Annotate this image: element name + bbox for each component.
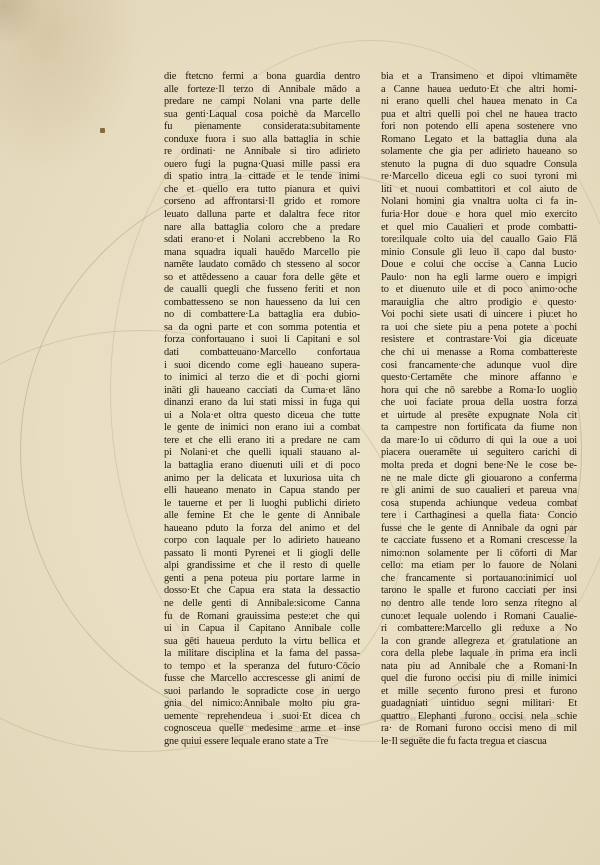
text-line: le tauerne et per li luoghi publichi dir… <box>164 498 360 511</box>
text-line: ināti gli haueano cacciati da Cuma·et lā… <box>164 385 360 398</box>
text-line: resistere et contrastare·Voi gia diceuat… <box>381 334 577 347</box>
text-line: ra uoi che siete piu a pena potete a poc… <box>381 322 577 335</box>
text-line: cosa stupenda achiunque vedeua combat <box>381 498 577 511</box>
text-line: i suoi dicendo come egli haueano supera- <box>164 360 360 373</box>
text-line: pi Nolani·et che quelli iquali stauano a… <box>164 447 360 460</box>
text-line: piacera oueramēte ui seguitero carichi d… <box>381 447 577 460</box>
text-line: ne ne male dicte gli giouarono a conferm… <box>381 473 577 486</box>
text-line: ra· de Romani furono occisi meno di mil <box>381 723 577 736</box>
text-line: re ordinati· ne Annibale si tiro adiriet… <box>164 146 360 159</box>
text-line: guadagniati uintiduo segni militari· Et <box>381 698 577 711</box>
text-line: re·Marcello diceua egli co suoi tyroni m… <box>381 171 577 184</box>
text-line: sa da ogni parte et con somma potentia e… <box>164 322 360 335</box>
text-line: tere i Carthaginesi a quella fiata· Conc… <box>381 510 577 523</box>
text-line: to inimici al terzo die et di pochi gior… <box>164 372 360 385</box>
text-line: tarono le spalle et furono cacciati per … <box>381 585 577 598</box>
text-line: cuno:et lequale uolendo i Romani Caualie… <box>381 611 577 624</box>
text-line: bia et a Transimeno et dipoi vltimamēte <box>381 71 577 84</box>
text-line: die ftetcno fermi a bona guardia dentro <box>164 71 360 84</box>
text-line: sua genti·Laqual cosa poichè da Marcello <box>164 109 360 122</box>
text-line: molta preda et dogni bene·Ne le cose be- <box>381 460 577 473</box>
text-line: fori non potendo elli apena sostenere vn… <box>381 121 577 134</box>
text-line: ri combattere:Marcello gli reduxe a No <box>381 623 577 636</box>
text-line: tore:ilquale colto uia del cauallo Gaio … <box>381 234 577 247</box>
text-line: Nolani homini gia vnaltra uolta ci fa in… <box>381 196 577 209</box>
text-line: cello: ma etiam per lo fauore de Nolani <box>381 560 577 573</box>
text-line: to et diuenuto uile et di poco animo·och… <box>381 284 577 297</box>
text-line: le gente de inimici non erano iui a comb… <box>164 422 360 435</box>
text-line: forza confortauano i suoi li Capitani e … <box>164 334 360 347</box>
text-line: nare alla battaglia coloro che a predare <box>164 222 360 235</box>
manuscript-page: die ftetcno fermi a bona guardia dentroa… <box>0 0 600 865</box>
text-line: Romano Legato et la battaglia duna ala <box>381 134 577 147</box>
text-line: nimo:non solamente per li cōforti di Mar <box>381 548 577 561</box>
text-line: marauiglia che altro prodigio e questo· <box>381 297 577 310</box>
text-line: Doue e colui che occise a Canna Lucio <box>381 259 577 272</box>
text-line: pua et altri quelli poi chel ne hauea tr… <box>381 109 577 122</box>
text-line: tere et che elli erano iti a predare ne … <box>164 435 360 448</box>
text-line: nata piu ad Annibale che a Romani·In <box>381 661 577 674</box>
text-line: cora della plebe laquale in prima era in… <box>381 648 577 661</box>
text-line: de caualli quegli che fusseno feriti et … <box>164 284 360 297</box>
text-line: so et attēdesseno a cauar fora delle gēt… <box>164 272 360 285</box>
ink-speck <box>100 128 105 133</box>
text-line: et mille secento furono presi et furono <box>381 686 577 699</box>
text-line: predare ne campi Nolani vna parte delle <box>164 96 360 109</box>
text-column-right: bia et a Transimeno et dipoi vltimamētea… <box>381 71 577 749</box>
text-line: ui in Capua il Capitano Annibale colle <box>164 623 360 636</box>
text-line: a Canne hauea ueduto·Et che altri homi- <box>381 84 577 97</box>
text-line: ouero fugi la pugna·Quasi mille passi er… <box>164 159 360 172</box>
text-line: corpo con laquale per lo adirieto hauean… <box>164 535 360 548</box>
text-line: re gli animi de suo caualieri et pareua … <box>381 485 577 498</box>
text-line: che francamente si portauano:inimici uol <box>381 573 577 586</box>
text-line: te cacciate fusseno et a Romani crescess… <box>381 535 577 548</box>
text-line: combattesseno se non hauesseno da lui ce… <box>164 297 360 310</box>
text-line: genti a pena poteua piu portare larme in <box>164 573 360 586</box>
text-column-left: die ftetcno fermi a bona guardia dentroa… <box>164 71 360 749</box>
text-line: ni erano quelli chel hauea menato in Ca <box>381 96 577 109</box>
text-line: no dentro alle tende loro senza ritegno … <box>381 598 577 611</box>
text-line: fu pienamente considerata:subitamente <box>164 121 360 134</box>
text-line: alle femine Et che le gente di Annibale <box>164 510 360 523</box>
text-line: le·Il seguēte die fu facta tregua et cia… <box>381 736 577 749</box>
show-through-text <box>380 717 560 721</box>
text-line: no di combattere·La battaglia era dubio- <box>164 309 360 322</box>
text-line: et quel mio Caualieri et prode combatti- <box>381 222 577 235</box>
text-line: animo per la delicata et luxuriosa uita … <box>164 473 360 486</box>
text-line: questo·Certamēte che minore affanno e <box>381 372 577 385</box>
text-line: gnia del nimico:Annibale molto piu gra- <box>164 698 360 711</box>
text-line: mana squadra iquali hauēdo Marcello pie <box>164 247 360 260</box>
text-line: dosso·Et che Capua era stata la dessacti… <box>164 585 360 598</box>
text-line: conduxe fuora i suo alla battaglia in sc… <box>164 134 360 147</box>
text-line: dinanzi erano da lui stati missi in fuga… <box>164 397 360 410</box>
text-line: fu de Romani grauissima peste:et che qui <box>164 611 360 624</box>
text-line: leuato dalluna parte et dalaltra fece ri… <box>164 209 360 222</box>
text-line: hora qui che nō sarebbe a Roma·Io uoglio <box>381 385 577 398</box>
text-line: dati combatteuano·Marcello confortaua <box>164 347 360 360</box>
text-line: liti et nuoui combattitori et col aiuto … <box>381 184 577 197</box>
text-line: et uirtude al presēte expugnate Nola cit <box>381 410 577 423</box>
text-line: alpi grandissime et che il resto di quel… <box>164 560 360 573</box>
text-line: suoi parlando le sopradicte cose in uerg… <box>164 686 360 699</box>
text-line: corseno ad affrontarsi·Il grido et romor… <box>164 196 360 209</box>
text-line: gne quiui essere lequale erano state a T… <box>164 736 360 749</box>
text-line: haueano pduto la forza del animo et del <box>164 523 360 536</box>
text-line: da mare·Io ui cōdurro di qui la oue a uo… <box>381 435 577 448</box>
text-line: fusse che Marcello accrescesse gli animi… <box>164 673 360 686</box>
text-line: la con grande allegreza et gratulatione … <box>381 636 577 649</box>
text-line: quel die furono occisi piu di mille inim… <box>381 673 577 686</box>
text-line: namēte laudato comādo ch stesseno al soc… <box>164 259 360 272</box>
text-line: di spatio intra la cittade et le tende i… <box>164 171 360 184</box>
text-line: alle forteze·Il terzo di Annibale mādo a <box>164 84 360 97</box>
text-line: la battaglia erano diuenuti uili et di p… <box>164 460 360 473</box>
text-line: che et quello era tutto pianura et quivi <box>164 184 360 197</box>
text-line: minio Consule gli leuo il capo dal busto… <box>381 247 577 260</box>
text-line: la militare disciplina et la fama del pa… <box>164 648 360 661</box>
text-line: che chi ui menasse a Roma combattereste <box>381 347 577 360</box>
text-line: Paulo· non ha egli larme ouero e impigri <box>381 272 577 285</box>
text-line: ne delle genti di Annibale:sicome Canna <box>164 598 360 611</box>
text-line: stenuto la pugna di duo squadre Consula <box>381 159 577 172</box>
text-line: Voi pochi siete usati di uincere i piu:e… <box>381 309 577 322</box>
text-line: elli haueano menato in Capua stando per <box>164 485 360 498</box>
text-line: che uoi faciate proua della uostra forza <box>381 397 577 410</box>
text-line: sua gēti haueua perduto la virtu bellica… <box>164 636 360 649</box>
text-line: solamente che gia per adirieto haueano s… <box>381 146 577 159</box>
text-line: to tempo et la speranza del futuro·Cōcio <box>164 661 360 674</box>
text-line: sdati erano·et i Nolani accrebbeno la Ro <box>164 234 360 247</box>
paper-stain <box>0 0 40 50</box>
text-line: ta campestre non fortificata da fiume no… <box>381 422 577 435</box>
text-line: fusse che le gente di Annibale da ogni p… <box>381 523 577 536</box>
text-line: ui a Nola·et oltra questo diceua che tut… <box>164 410 360 423</box>
text-line: uemente reprehendeua i suoi·Et dicea ch <box>164 711 360 724</box>
text-line: cosi francamente·che adunque vuol dire <box>381 360 577 373</box>
text-line: cognosceua quelle medesime arme et inse <box>164 723 360 736</box>
text-line: passato li monti Pyrenei et li giogli de… <box>164 548 360 561</box>
text-line: furia·Hor doue e hora quel mio exercito <box>381 209 577 222</box>
